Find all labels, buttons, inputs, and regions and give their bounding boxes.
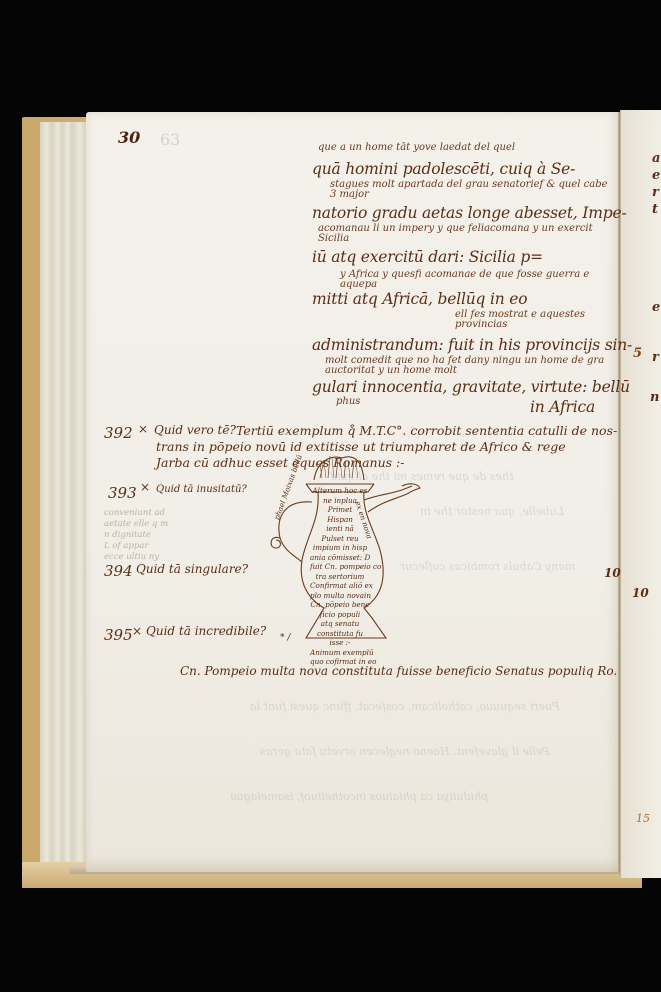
entry-number: 393: [108, 484, 137, 502]
interlinear-gloss: ell fes mostrat e aquestes provincias: [455, 310, 615, 330]
line-number: 10: [632, 586, 649, 600]
line-number: 15: [636, 812, 650, 825]
text-line: gulari innocentia, gravitate, virtute: b…: [312, 378, 630, 396]
folio-number: 30: [118, 128, 140, 147]
faded-margin-note: conveniunt ad aetate elle q m n dignitat…: [104, 508, 168, 563]
entry-number: 392: [104, 424, 133, 442]
text-line: quā homini padolescēti, cuiq à Se-: [312, 160, 575, 178]
entry-text: Tertiū exemplum q̊ M.T.C°. corrobit sent…: [236, 423, 617, 438]
entry-number: 395: [104, 626, 133, 644]
line-number: 5: [633, 346, 642, 361]
facing-page-text-fragment: e: [652, 300, 660, 315]
text-line: in Africa: [530, 398, 595, 416]
interlinear-gloss: molt comedit que no ha fet dany ningu un…: [325, 356, 615, 376]
facing-page-text-fragment: n: [650, 390, 659, 405]
facing-page-text-fragment: a e r t: [652, 150, 660, 218]
old-folio-number: 63: [160, 130, 180, 149]
interlinear-gloss: acomanau li un impery y que feliacomana …: [318, 224, 608, 244]
text-line: natorio gradu aetas longe abesset, Impe-: [312, 204, 627, 222]
facing-page: [620, 110, 661, 878]
interlinear-gloss: phus: [336, 396, 360, 407]
text-line: mitti atq Africā, bellūq in eo: [312, 290, 527, 308]
text-line: administrandum: fuit in his provincijs s…: [312, 336, 632, 354]
entry-label: Quid tā incredibile?: [146, 624, 266, 638]
entry-label: Quid vero tē?: [154, 423, 236, 437]
line-number: 10: [604, 566, 621, 580]
interlinear-gloss: y Africa y quesfi acomanae de que fosse …: [340, 270, 615, 290]
entry-marker: ×: [132, 624, 142, 638]
svg-text:* /: * /: [280, 633, 291, 643]
entry-marker: ×: [138, 422, 148, 436]
interlinear-gloss: stagues molt apartada del grau senatorie…: [330, 180, 615, 200]
closing-line: Cn. Pompeio multa nova constituta fuisse…: [180, 664, 617, 678]
text-line: iū atq exercitū dari: Sicilia p=: [312, 248, 543, 266]
entry-label: Quid tā singulare?: [136, 562, 248, 576]
entry-number: 394: [104, 562, 133, 580]
facing-page-text-fragment: r: [652, 350, 659, 365]
interlinear-gloss: que a un home tāt yove laedat del quel: [318, 142, 515, 153]
entry-label: Quid tā inusitatū?: [156, 484, 247, 495]
entry-marker: ×: [140, 480, 150, 494]
